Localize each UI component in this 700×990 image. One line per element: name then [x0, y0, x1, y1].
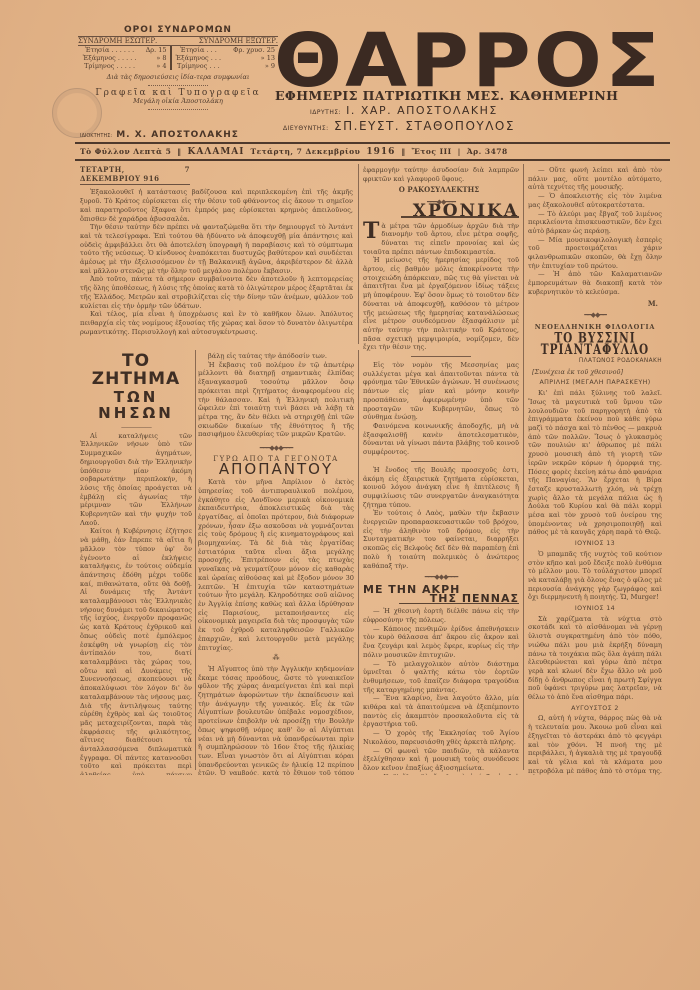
leader-paragraph: Τὴν θέσιν ταύτην δὲν πρέπει νὰ φανταζώμε…: [80, 223, 353, 275]
top-signature: Ο ΡΑΚΟΣΥΛΛΕΚΤΗΣ: [363, 186, 519, 195]
director-label: ΔΙΕΥΘΥΝΤΗΣ:: [283, 125, 329, 132]
ornament-divider: ━━━◆◆◆━━━: [198, 444, 354, 453]
islands-headline-1: ΤΟ ΖΗΤΗΜΑ: [80, 352, 192, 388]
akri-item: — Καθ' ὅλα, θὰ ὤφελε νὰ ὑπάρξη ἐκεῖ ἡ φι…: [363, 773, 519, 775]
leader-date: ΤΕΤΑΡΤΗ, 7 ΔΕΚΕΜΒΡΙΟΥ 916: [80, 166, 190, 185]
owner-line: ΙΔΙΟΚΤΗΤΗΣ: Μ. Χ. ΑΠΟΣΤΟΛΑΚΗΣ: [80, 130, 280, 140]
ornament-divider: [148, 106, 208, 110]
leader-paragraph: Καὶ τέλος, μία εἶναι ἡ ὑποχρέωσις καὶ ἓν…: [80, 310, 353, 336]
story-text: Ὁ μπαμπᾶς τῆς νυχτὸς τοῦ κούτιον στὸν κῆ…: [528, 550, 662, 602]
column-3: ἐφαρμογὴν ταύτην ἀσυδοσίαν διὰ λαμπρῶν φ…: [363, 166, 519, 775]
director-name: ΣΠ.ΕΥΣΤ. ΣΤΑΘΟΠΟΥΛΟΣ: [334, 119, 515, 133]
date: Τετάρτη, 7 Δεκεμβρίου: [250, 147, 360, 156]
separator: [411, 461, 471, 462]
rule: [75, 142, 670, 144]
apopantou-paragraph: Κατὰ τὸν μῆνα Ἀπρίλιον ὁ ἐκτὸς ὑπηρεσίας…: [198, 478, 354, 652]
asterism: ⁂: [198, 654, 354, 663]
islands-continuation: βάλῃ εἰς ταύτας τὴν ἀπόδοσίν των.Ἡ ἔκβασ…: [198, 352, 354, 439]
note-item: — Μία μουσικοφιλολογικὴ ἑσπερὶς τοῦ προε…: [528, 236, 662, 271]
volume: Ἔτος ΙΙΙ: [412, 147, 452, 156]
note-item: — Οὔτε φωνὴ λείπει καὶ ἀπὸ τὸν πάλιν μας…: [528, 166, 662, 192]
column-rule: [523, 164, 524, 770]
notes-signature: Μ.: [528, 300, 662, 309]
chronika-paragraph: Τὰ μέτρα τῶν ἁρμοδίων ἀρχῶν διὰ τὴν διαν…: [363, 222, 519, 257]
subscription-table: Ἐτησία . . . . . .Δρ. 15Ἐτησία . . .Φρ. …: [78, 46, 278, 70]
subscription-row: Ἑξάμηνος . . . . .» 8Ἑξάμηνος . . .» 13: [78, 54, 278, 62]
column-2: βάλῃ εἰς ταύτας τὴν ἀπόδοσίν των.Ἡ ἔκβασ…: [198, 352, 354, 775]
year: 1916: [366, 147, 395, 157]
subscription-title: ΟΡΟΙ ΣΥΝΔΡΟΜΩΝ: [78, 26, 278, 34]
director-line: ΔΙΕΥΘΥΝΤΗΣ: ΣΠ.ΕΥΣΤ. ΣΤΑΘΟΠΟΥΛΟΣ: [283, 119, 515, 133]
city: ΚΑΛΑΜΑΙ: [188, 147, 245, 157]
akri-item: — Ἡ χθεσινὴ ἑορτὴ διέλθε πάνω εἰς τὴν εὐ…: [363, 607, 519, 624]
offices-address: Μεγάλη οἰκία Ἀποστολάκη: [78, 97, 278, 105]
story-author: ΠΛΑΤΩΝΟΣ ΡΟΔΟΚΑΝΑΚΗ: [528, 357, 662, 366]
column-rule: [358, 164, 359, 344]
column-4: — Οὔτε φωνὴ λείπει καὶ ἀπὸ τὸν πάλιν μας…: [528, 166, 662, 775]
akri-item: — Τὸ μελαγχολικὸν αὐτὸν διάστημα ὑμνεῖτα…: [363, 660, 519, 695]
founder-name: Ι. ΧΑΡ. ΑΠΟΣΤΟΛΑΚΗΣ: [346, 104, 498, 117]
subscription-terms: ΟΡΟΙ ΣΥΝΔΡΟΜΩΝ ΣΥΝΔΡΟΜΗ ΕΣΩΤΕΡ. ΣΥΝΔΡΟΜΗ…: [78, 26, 278, 111]
founder-label: ΙΔΡΥΤΗΣ:: [310, 109, 341, 116]
chronika-top-lines: ἐφαρμογὴν ταύτην ἀσυδοσίαν διὰ λαμπρῶν φ…: [363, 166, 519, 183]
islands-article: ΤΟ ΖΗΤΗΜΑ ΤΩΝ ΝΗΣΩΝ ————— Αἱ καταλήψεις …: [80, 348, 192, 775]
note-item: — Ἡ ἀπὸ τῶν Καλαματιανῶν ἐμπορευμάτων θὰ…: [528, 270, 662, 296]
akri-item: — Ὁ χορὸς τῆς Ἐκκλησίας τοῦ Ἁγίου Νικολά…: [363, 729, 519, 746]
newspaper-title: ΘΑΡΡΟΣ: [274, 26, 690, 96]
ornament-divider: [148, 82, 208, 86]
islands-paragraph: Καίτοι ἡ Κυβέρνησις ἐζήτησε νὰ μάθῃ, ἐάν…: [80, 527, 192, 775]
story-day-head: ΙΟΥΝΙΟΣ 14: [528, 605, 662, 614]
drop-cap: Τ: [363, 222, 379, 240]
note-item: — Τὸ ἀλεύρι μας ἔβγαζ τοῦ λιμένος περικλ…: [528, 210, 662, 236]
offices-label: Γραφεῖα καὶ Τυπογραφεῖα: [78, 89, 278, 97]
owner-name: Μ. Χ. ΑΠΟΣΤΟΛΑΚΗΣ: [116, 130, 239, 140]
islands-paragraph: Αἱ καταλήψεις τῶν Ἑλληνικῶν νήσων ὑπὸ τῶ…: [80, 432, 192, 528]
price: Τὸ Φύλλον Λεπτὰ 5: [80, 147, 171, 156]
akri-item: — Ἕνα κλαρίνο, ἕνα λαγούτο ἄλλο, μία κιθ…: [363, 694, 519, 729]
foreign-head: ΣΥΝΔΡΟΜΗ ΕΞΩΤΕΡ.: [199, 37, 278, 45]
story-note: [Συνέχεια ἐκ τοῦ χθεσινοῦ]: [528, 368, 662, 377]
issue-number: Ἀρ. 3478: [467, 147, 508, 156]
ornament-divider: ━━◆◆━━: [528, 311, 662, 320]
column-rule: [358, 350, 359, 770]
leader-body: Ἐξακολουθεῖ ἡ κατάστασις βαδίζουσα καὶ π…: [80, 188, 353, 336]
islands-paragraph: βάλῃ εἰς ταύτας τὴν ἀπόδοσίν των.: [198, 352, 354, 361]
chronika-paragraph: Ἡ ἔνοδος τῆς Βουλῆς προσεχοῦς ἐστι, ἀκόμ…: [363, 466, 519, 510]
domestic-head: ΣΥΝΔΡΟΜΗ ΕΣΩΤΕΡ.: [78, 37, 157, 45]
dateline: Τὸ Φύλλον Λεπτὰ 5‖ ΚΑΛΑΜΑΙ Τετάρτη, 7 Δε…: [80, 147, 670, 157]
ornament-divider: —————: [80, 423, 192, 432]
akri-item: — Οἱ φωναὶ τῶν παιδιῶν, τὰ κάλαντα ἐξελί…: [363, 747, 519, 773]
story-title: ΤΟ ΒΥΣΣΙΝΙ ΤΡΙΑΝΤΑΦΥΛΛΟ: [528, 333, 662, 356]
chronika-paragraph: Εἰς τὸν νομὸν τῆς Μεσσηνίας μας συλλέγετ…: [363, 361, 519, 422]
owner-label: ΙΔΙΟΚΤΗΤΗΣ:: [80, 133, 112, 139]
story-day-head: ΑΠΡΙΛΗΣ (ΜΕΓΑΛΗ ΠΑΡΑΣΚΕΥΗ): [528, 379, 662, 388]
islands-paragraph: Ἡ ἔκβασις τοῦ πολέμου ἐν τῷ ἀπωτέρῳ μέλλ…: [198, 361, 354, 439]
islands-headline-2: ΤΩΝ ΝΗΣΩΝ: [80, 389, 192, 421]
akri-headline-2: ΤΗΣ ΠΕΝΝΑΣ: [399, 595, 519, 605]
newspaper-subtitle: ΕΦΗΜΕΡΙΣ ΠΑΤΡΙΩΤΙΚΗ ΜΕΣ. ΚΑΘΗΜΕΡΙΝΗ: [275, 88, 675, 103]
leader-paragraph: Ἀπὸ τοῦτο, πάντα τὰ σήμερον συμβαίνοντα …: [80, 275, 353, 310]
newspaper-page: ΟΡΟΙ ΣΥΝΔΡΟΜΩΝ ΣΥΝΔΡΟΜΗ ΕΣΩΤΕΡ. ΣΥΝΔΡΟΜΗ…: [0, 0, 700, 990]
column-rule: [195, 350, 196, 770]
chronika-paragraph: Ἐν τούτοις ὁ Λαὸς, μαθὼν τὴν ἔκβασιν ἐνε…: [363, 509, 519, 570]
leader-paragraph: Ἐξακολουθεῖ ἡ κατάστασις βαδίζουσα καὶ π…: [80, 188, 353, 223]
subscription-row: Τρίμηνος . . . . .» 4Τρίμηνος . . .» 9: [78, 62, 278, 70]
note-item: — Ὁ ἀποκλειστὴς εἰς τὸν λιμένα μας ἐξακο…: [528, 192, 662, 209]
apopantou-headline: ΑΠΟΠΑΝΤΟΥ: [198, 465, 354, 474]
subscription-row: Ἐτησία . . . . . .Δρ. 15Ἐτησία . . .Φρ. …: [78, 46, 278, 54]
apopantou-paragraph: Ἡ Αἴγυπτος ὑπὸ τὴν Ἀγγλικὴν κηδεμονίαν ἔ…: [198, 665, 354, 775]
story-day-head: ΑΥΓΟΥΣΤΟΣ 2: [528, 705, 662, 714]
akri-item: — Κάποιος πενθιμῶν ἐρίδνε ἀπεθνήσκειν τὸ…: [363, 625, 519, 660]
chronika-headline: ΧΡΟΝΙΚΑ: [401, 207, 519, 218]
ads-note: Διὰ τὰς δημοσιεύσεις ἰδία-τερα συμφωνίαι: [78, 73, 278, 81]
story-text: Ω, αὐτὴ ἡ νύχτα, θάρρος πὼς θὰ νὰ ἡ τελε…: [528, 714, 662, 775]
story-text: Κι' ἐπὶ πάλι ξύλινης τοῦ λαλεῖ. Ἴσως τὰ …: [528, 389, 662, 537]
leader-article: ΤΕΤΑΡΤΗ, 7 ΔΕΚΕΜΒΡΙΟΥ 916 Ἐξακολουθεῖ ἡ …: [80, 166, 353, 336]
separator: [411, 356, 471, 357]
ornament-divider: ━━━◆◆◆━━━: [363, 573, 519, 582]
story-text: Σὰ χαρίζματα τὰ νύχτια στὸ σκοτάδι καὶ τ…: [528, 615, 662, 702]
chronika-paragraph: Ἡ μείωσις τῆς ἡμερησίας μερίδος τοῦ ἄρτο…: [363, 256, 519, 352]
story-day-head: ΙΟΥΝΙΟΣ 13: [528, 540, 662, 549]
chronika-paragraph: Φαινόμενα κοινωνικῆς ἀποδοχῆς, μὴ νὰ ἐξα…: [363, 422, 519, 457]
rule: [75, 159, 670, 161]
founder-line: ΙΔΡΥΤΗΣ: Ι. ΧΑΡ. ΑΠΟΣΤΟΛΑΚΗΣ: [310, 104, 498, 117]
